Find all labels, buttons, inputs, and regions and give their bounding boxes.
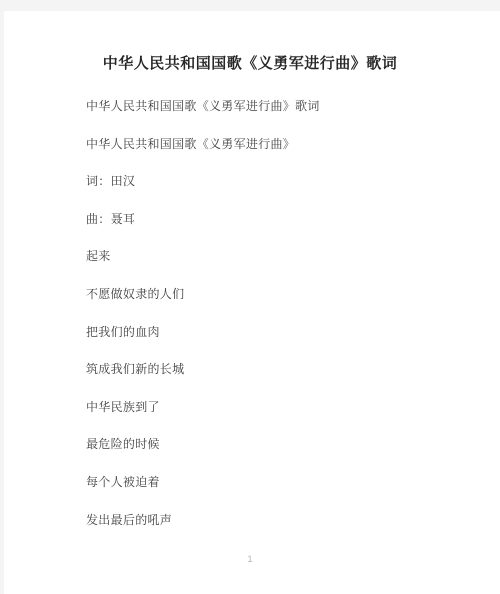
lyric-line: 每个人被迫着 bbox=[86, 476, 480, 488]
lyric-line: 中华人民共和国国歌《义勇军进行曲》 bbox=[86, 138, 480, 150]
document-viewer: 中华人民共和国国歌《义勇军进行曲》歌词 中华人民共和国国歌《义勇军进行曲》歌词中… bbox=[0, 0, 500, 594]
page-number: 1 bbox=[4, 554, 496, 564]
document-title: 中华人民共和国国歌《义勇军进行曲》歌词 bbox=[4, 55, 496, 73]
lyric-line: 曲：聂耳 bbox=[86, 213, 480, 225]
lyric-line: 起来 bbox=[86, 250, 480, 262]
lyric-line: 中华人民共和国国歌《义勇军进行曲》歌词 bbox=[86, 100, 480, 112]
document-page: 中华人民共和国国歌《义勇军进行曲》歌词 中华人民共和国国歌《义勇军进行曲》歌词中… bbox=[4, 11, 500, 594]
lyric-line: 发出最后的吼声 bbox=[86, 514, 480, 526]
document-body: 中华人民共和国国歌《义勇军进行曲》歌词中华人民共和国国歌《义勇军进行曲》词：田汉… bbox=[86, 100, 480, 551]
lyric-line: 不愿做奴隶的人们 bbox=[86, 288, 480, 300]
lyric-line: 最危险的时候 bbox=[86, 438, 480, 450]
lyric-line: 筑成我们新的长城 bbox=[86, 363, 480, 375]
lyric-line: 把我们的血肉 bbox=[86, 326, 480, 338]
lyric-line: 中华民族到了 bbox=[86, 401, 480, 413]
lyric-line: 词：田汉 bbox=[86, 175, 480, 187]
